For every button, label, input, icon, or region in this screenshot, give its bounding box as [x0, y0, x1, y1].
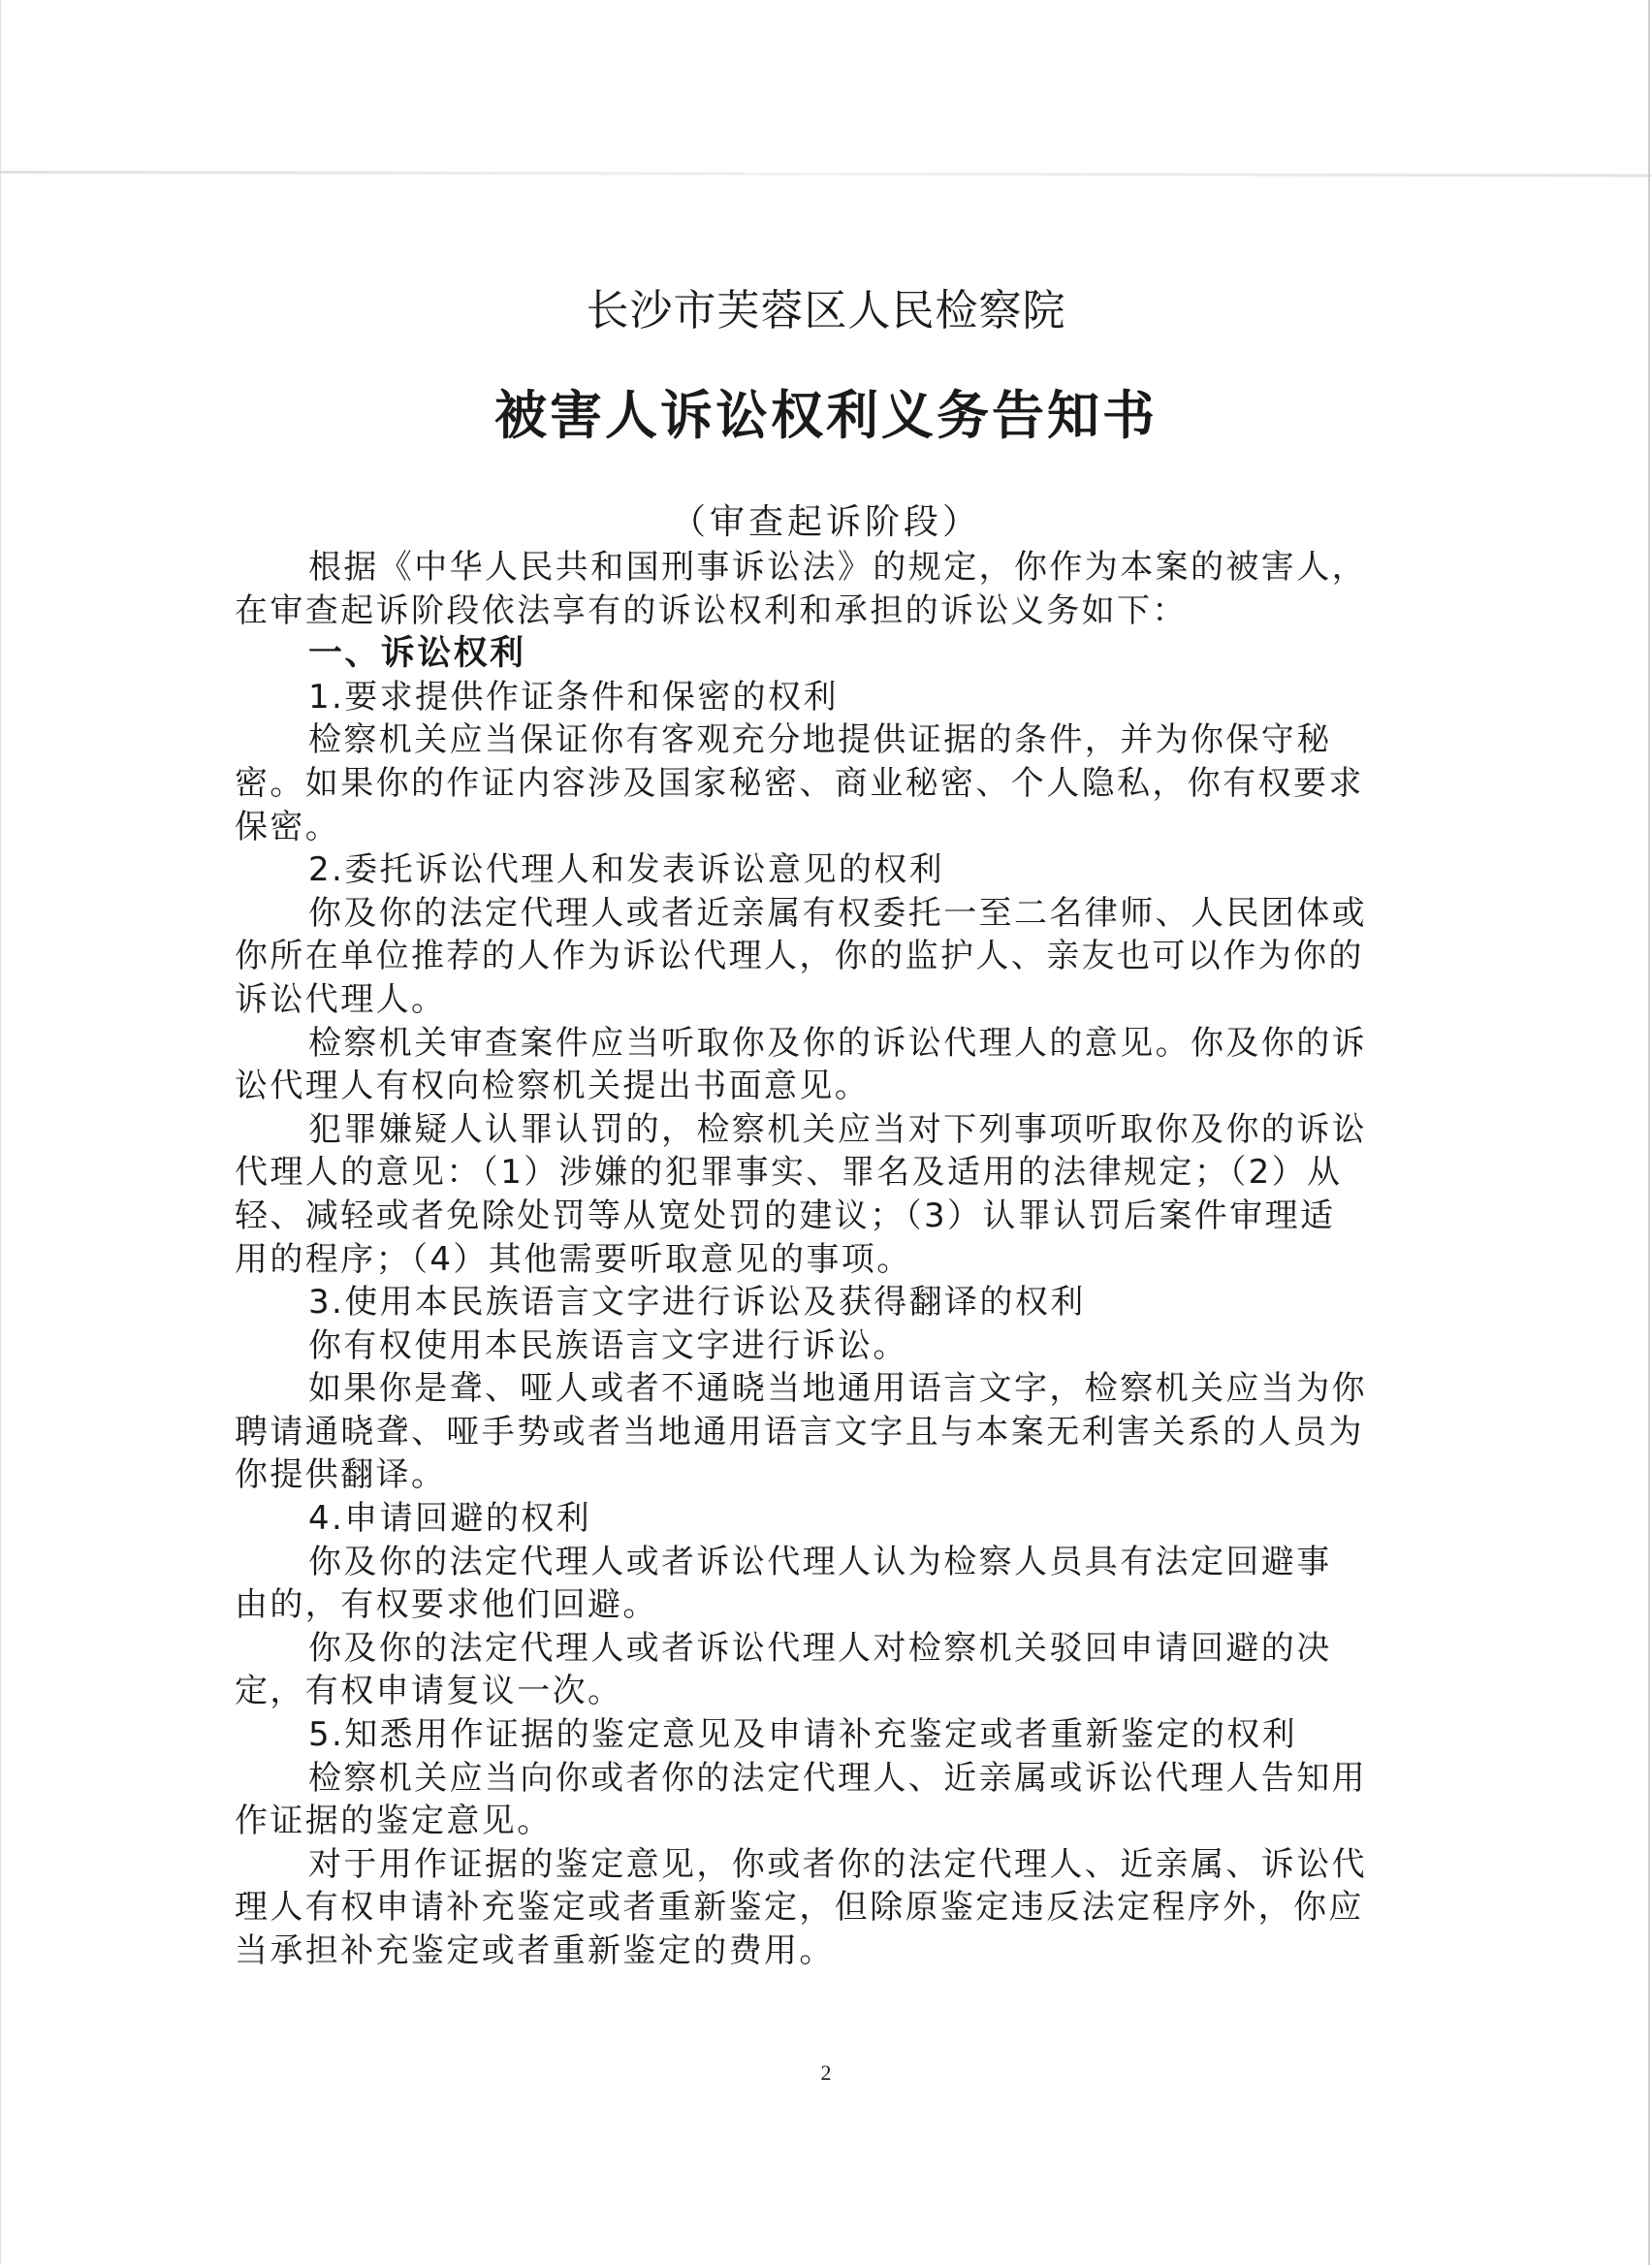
document-page: 长沙市芙蓉区人民检察院 被害人诉讼权利义务告知书 （审查起诉阶段） 根据《中华人…	[0, 0, 1652, 2265]
text-line: 犯罪嫌疑人认罪认罚的，检察机关应当对下列事项听取你及你的诉讼	[235, 1108, 1456, 1152]
text-line: 由的，有权要求他们回避。	[235, 1583, 1456, 1627]
text-line: 你及你的法定代理人或者近亲属有权委托一至二名律师、人民团体或	[235, 892, 1456, 936]
text-line: 检察机关应当向你或者你的法定代理人、近亲属或诉讼代理人告知用	[235, 1757, 1456, 1801]
document-subtitle: （审查起诉阶段）	[0, 494, 1652, 544]
text-line: 你有权使用本民族语言文字进行诉讼。	[235, 1324, 1456, 1368]
text-line: 你及你的法定代理人或者诉讼代理人认为检察人员具有法定回避事	[235, 1541, 1456, 1584]
organization-name: 长沙市芙蓉区人民检察院	[0, 275, 1652, 337]
page-number: 2	[0, 2060, 1652, 2086]
document-body: 根据《中华人民共和国刑事诉讼法》的规定，你作为本案的被害人，在审查起诉阶段依法享…	[235, 546, 1456, 1973]
text-line: 对于用作证据的鉴定意见，你或者你的法定代理人、近亲属、诉讼代	[235, 1843, 1456, 1887]
text-line: 3.使用本民族语言文字进行诉讼及获得翻译的权利	[235, 1281, 1456, 1324]
text-line: 密。如果你的作证内容涉及国家秘密、商业秘密、个人隐私，你有权要求	[235, 762, 1456, 806]
text-line: 你及你的法定代理人或者诉讼代理人对检察机关驳回申请回避的决	[235, 1627, 1456, 1671]
text-line: 聘请通晓聋、哑手势或者当地通用语言文字且与本案无利害关系的人员为	[235, 1411, 1456, 1454]
text-line: 讼代理人有权向检察机关提出书面意见。	[235, 1065, 1456, 1108]
text-line: 当承担补充鉴定或者重新鉴定的费用。	[235, 1930, 1456, 1973]
text-line: 根据《中华人民共和国刑事诉讼法》的规定，你作为本案的被害人，	[235, 546, 1456, 590]
text-line: 4.申请回避的权利	[235, 1497, 1456, 1541]
text-line: 代理人的意见：（1）涉嫌的犯罪事实、罪名及适用的法律规定；（2）从	[235, 1151, 1456, 1195]
text-line: 作证据的鉴定意见。	[235, 1800, 1456, 1843]
text-line: 诉讼代理人。	[235, 978, 1456, 1022]
text-line: 如果你是聋、哑人或者不通晓当地通用语言文字，检察机关应当为你	[235, 1367, 1456, 1411]
text-line: 理人有权申请补充鉴定或者重新鉴定，但除原鉴定违反法定程序外，你应	[235, 1886, 1456, 1930]
section-heading: 一、诉讼权利	[235, 632, 1456, 676]
document-title: 被害人诉讼权利义务告知书	[0, 374, 1652, 449]
text-line: 你所在单位推荐的人作为诉讼代理人，你的监护人、亲友也可以作为你的	[235, 935, 1456, 978]
text-line: 检察机关审查案件应当听取你及你的诉讼代理人的意见。你及你的诉	[235, 1022, 1456, 1066]
text-line: 你提供翻译。	[235, 1453, 1456, 1497]
text-line: 在审查起诉阶段依法享有的诉讼权利和承担的诉讼义务如下：	[235, 590, 1456, 633]
text-line: 轻、减轻或者免除处罚等从宽处罚的建议；（3）认罪认罚后案件审理适	[235, 1195, 1456, 1238]
text-line: 用的程序；（4）其他需要听取意见的事项。	[235, 1238, 1456, 1282]
text-line: 定，有权申请复议一次。	[235, 1670, 1456, 1713]
text-line: 检察机关应当保证你有客观充分地提供证据的条件，并为你保守秘	[235, 718, 1456, 762]
text-line: 5.知悉用作证据的鉴定意见及申请补充鉴定或者重新鉴定的权利	[235, 1713, 1456, 1757]
text-line: 2.委托诉讼代理人和发表诉讼意见的权利	[235, 848, 1456, 892]
text-line: 保密。	[235, 806, 1456, 849]
text-line: 1.要求提供作证条件和保密的权利	[235, 676, 1456, 719]
